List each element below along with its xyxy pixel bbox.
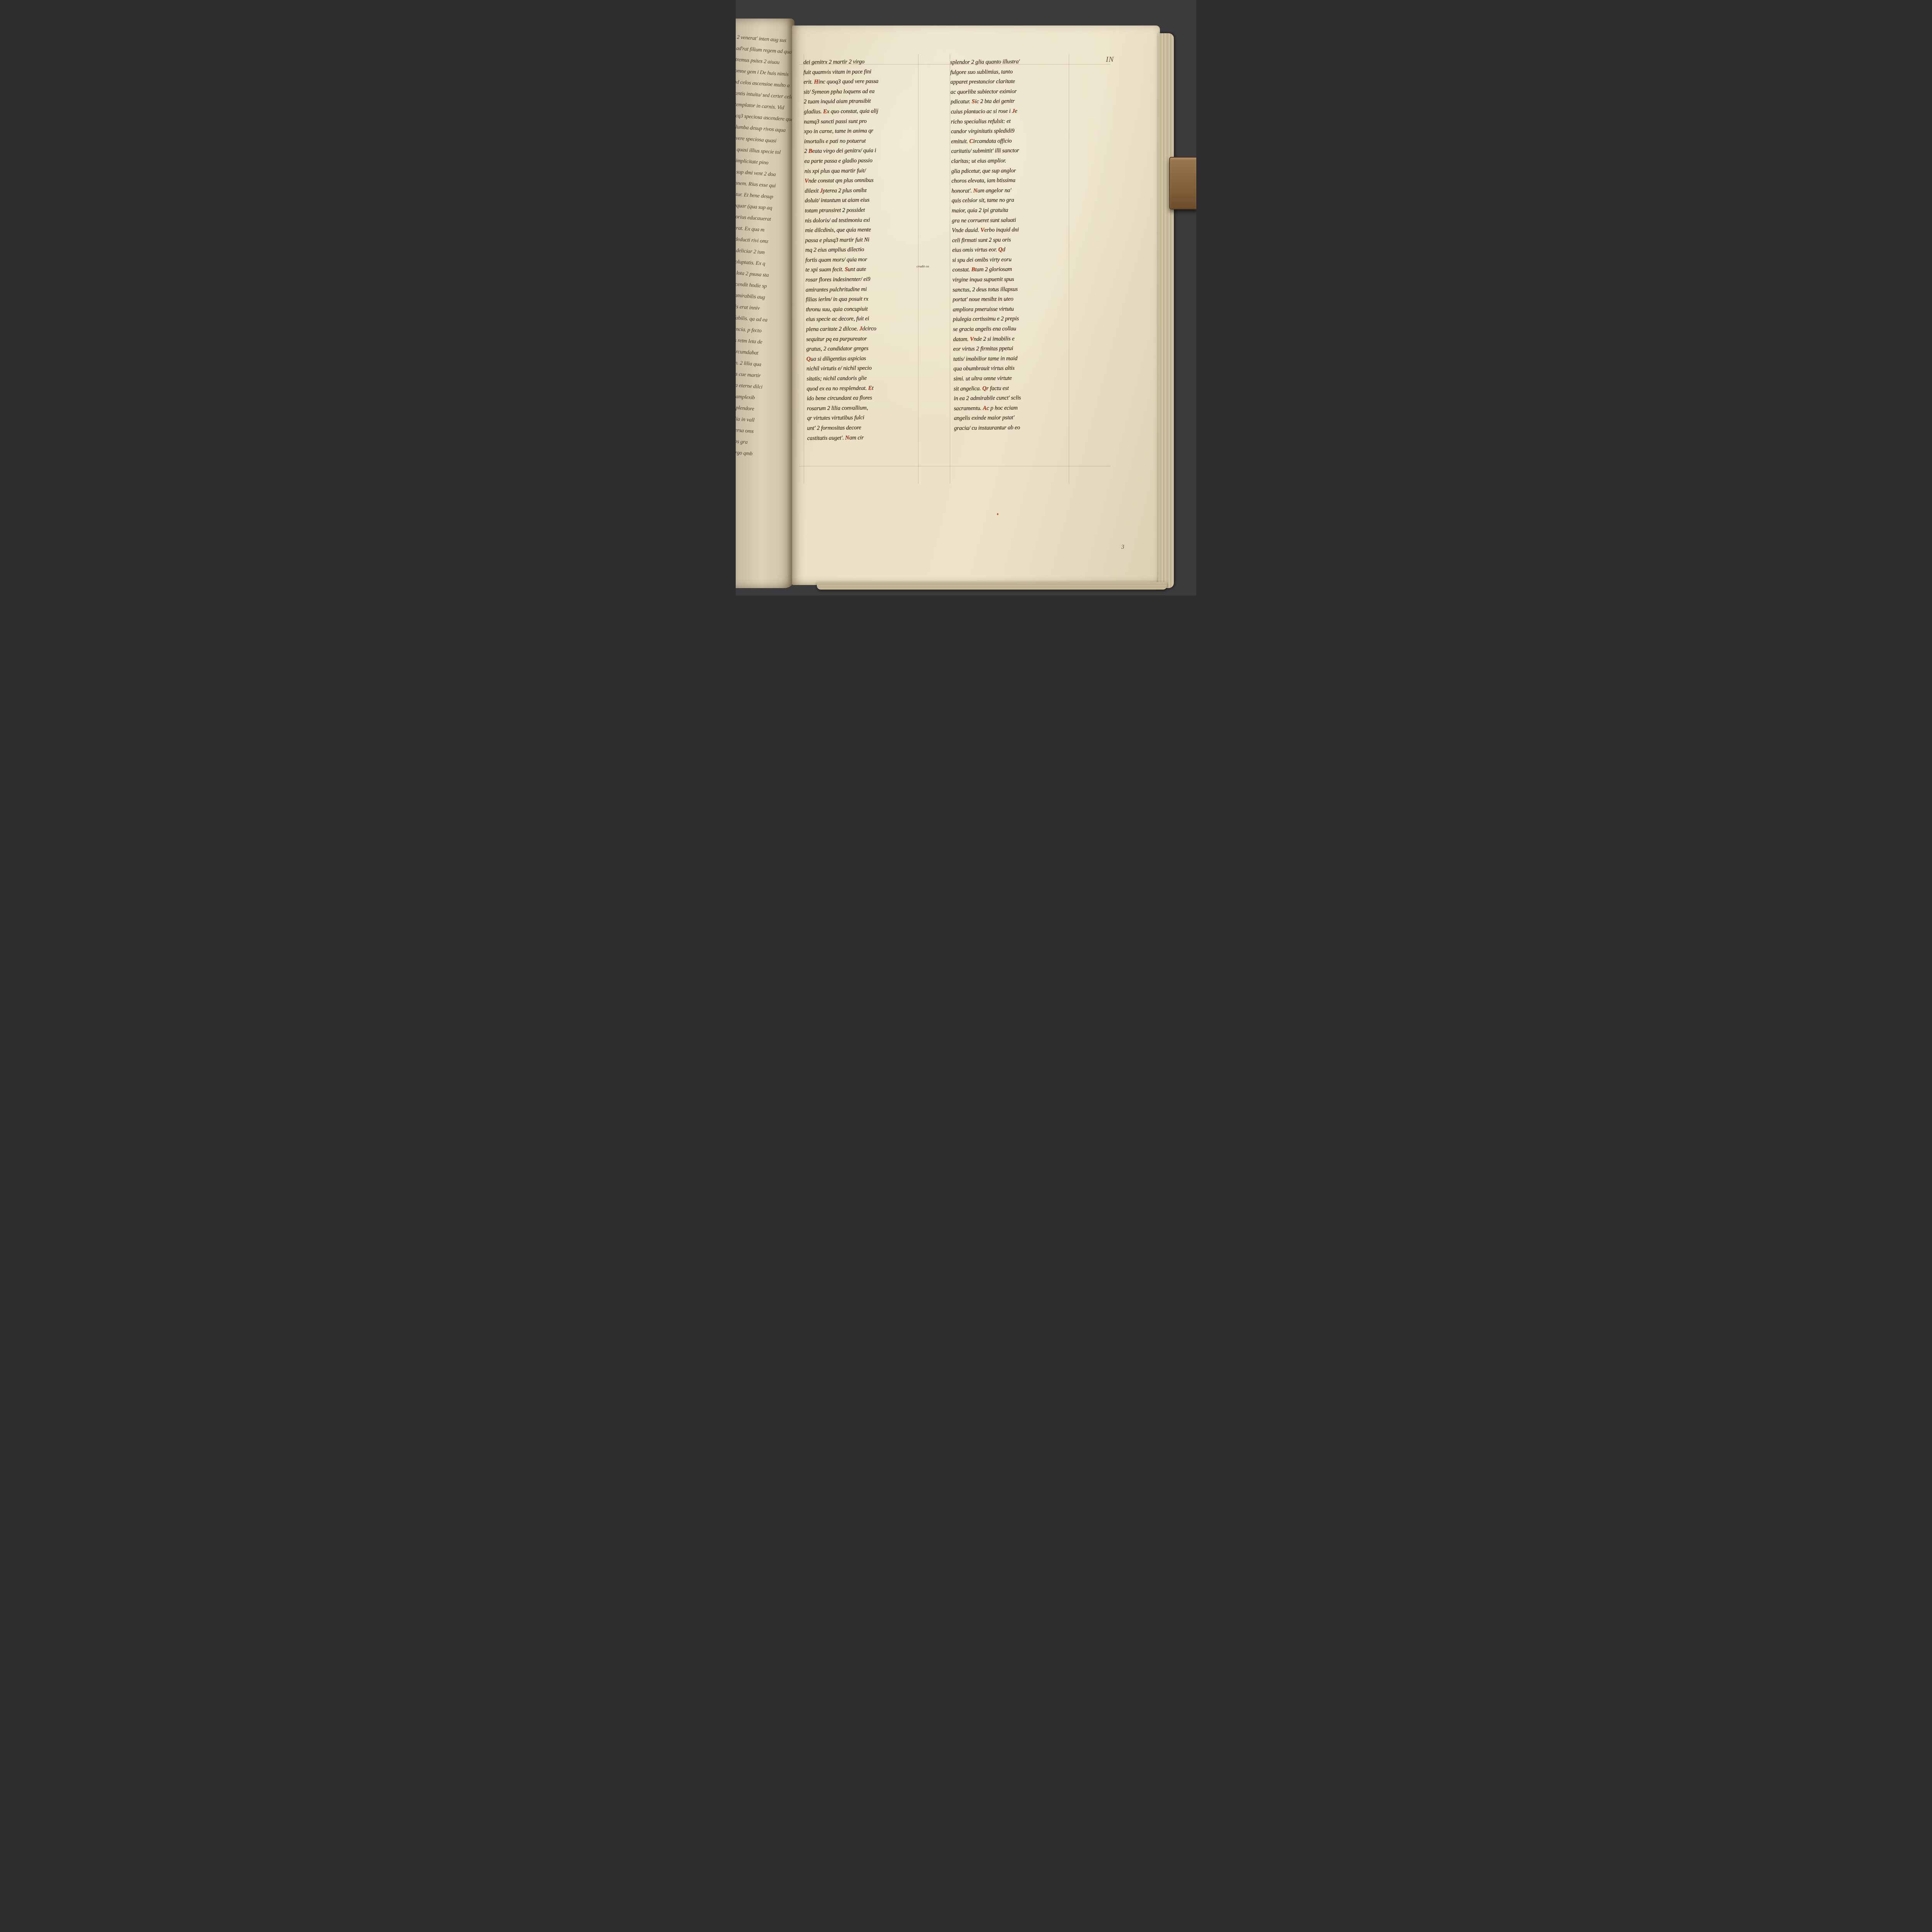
book-fore-edge [1158, 33, 1174, 588]
rubricated-initial: Q [982, 385, 986, 391]
rubricated-initial: N [845, 435, 849, 441]
manuscript-line: eius omis virtus eor. Qd [952, 245, 1069, 256]
manuscript-line: ac quorlibz subiector eximior [951, 86, 1067, 97]
manuscript-line: castitatis auget'. Nam cir [807, 432, 921, 444]
manuscript-line: in ea 2 admirabile cunct' sclis [954, 393, 1070, 404]
manuscript-line: se gracia angelis ena collau [953, 323, 1070, 335]
manuscript-line: Qua si diligentius aspicias [806, 353, 920, 364]
facing-page: 2 venerat' inten aug susad'rat filium re… [736, 19, 794, 588]
text-column-left: dei genitrx 2 martir 2 virgofuit quamvis… [803, 56, 921, 445]
manuscript-line: glia pdicetur, que sup anglor [951, 165, 1068, 177]
manuscript-line: quod ex ea no resplendeat. Et [807, 383, 920, 394]
manuscript-line: rosar flores indesinenter/ ei9 [806, 274, 919, 286]
manuscript-line: maior, quia 2 ipi gratuita [952, 205, 1068, 216]
manuscript-line: dei genitrx 2 martir 2 virgo [803, 56, 917, 68]
manuscript-line: eor virtus 2 firmitas ppetui [953, 344, 1070, 355]
rubricated-initial: A [983, 405, 986, 411]
manuscript-line: apparet prestancior claritate [950, 77, 1067, 88]
rubricated-initial: E [823, 109, 827, 115]
manuscript-line: doluit/ intantum ut aiam eius [805, 195, 918, 206]
manuscript-line: fuit quamvis vitam in pace fini [803, 66, 917, 78]
ruling-line-vertical [950, 54, 950, 484]
manuscript-line: fortis quam mors/ quia mor [805, 254, 919, 265]
rubricated-initial: Q [806, 356, 811, 362]
manuscript-line: candor virginitatis spledidi9 [951, 126, 1068, 137]
manuscript-line: nis doloris/ ad testimoniu exi [805, 215, 918, 226]
manuscript-line: amirantes pulchritudine mi [806, 284, 919, 295]
manuscript-line: ea parte passa e gladio passio [804, 155, 918, 167]
manuscript-line: si spu dei omibs virty eoru [952, 254, 1069, 265]
rubricated-initial: J [1012, 108, 1015, 114]
rubricated-initial: V [980, 227, 984, 233]
rubricated-initial: B [971, 267, 975, 273]
manuscript-line: sit angelica. Qr factu est [954, 383, 1070, 394]
manuscript-line: virgine inqua supuenit spus [952, 274, 1069, 285]
manuscript-line: mq 2 eius amplius dilectio [805, 245, 919, 256]
manuscript-line: 2 Beata virgo dei genitrx/ quia i [804, 146, 918, 157]
manuscript-line: sacramentu. Ac p hoc eciam [954, 403, 1070, 414]
manuscript-line: unt' 2 formositas decore [807, 422, 921, 434]
manuscript-line: quis celsior sit, tame no gra [952, 195, 1068, 206]
manuscript-line: cuius plantacio ac si rose i Je [951, 106, 1067, 117]
manuscript-line: sequitur pq ea purpureator [806, 333, 920, 345]
manuscript-line: xpo in carne, tame in anima qr [804, 126, 918, 137]
rubricated-initial: J [820, 188, 823, 194]
manuscript-line: constat. Btam 2 gloriosam [952, 264, 1069, 276]
manuscript-line: ido bene circundant ea flores [807, 393, 920, 404]
manuscript-line: datam. Vnde 2 si imabilis e [953, 333, 1070, 345]
rubricated-initial: N [973, 188, 978, 194]
rubricated-initial: C [969, 138, 973, 145]
manuscript-line: thronu suu, quia concupiuit [806, 304, 919, 315]
manuscript-line: filias ierlm/ in qua posuit rx [806, 294, 919, 305]
quire-signature-mark: IN [1106, 56, 1114, 64]
manuscript-line: gratus, 2 candidator greges [806, 344, 920, 355]
manuscript-line: sanctus, 2 deus totus illapsus [952, 284, 1069, 295]
manuscript-line: eius specie ac decore, fuit ei [806, 314, 920, 325]
ruling-line-horizontal [799, 466, 1111, 466]
manuscript-line: erit. Hinc quoq3 quod vere passa [803, 77, 917, 88]
leather-strap [1169, 157, 1196, 209]
rubricated-initial: S [845, 267, 848, 273]
manuscript-photo: 2 venerat' inten aug susad'rat filium re… [736, 0, 1196, 595]
manuscript-line: emituit. Circamdata officio [951, 136, 1068, 147]
red-ink-fleck [997, 513, 998, 515]
manuscript-line: claritas; ut eius amplior. [951, 155, 1068, 167]
manuscript-line: nis xpi plus qua martir fuit/ [804, 165, 918, 177]
book-bottom-edge [817, 582, 1167, 590]
folio-number: 3 [1121, 544, 1124, 551]
rubricated-initial: J [859, 326, 862, 332]
manuscript-line: gra ne corrueret sunt saluati [952, 215, 1068, 226]
marginal-note: crudit ea [917, 264, 929, 268]
manuscript-line: nichil virtutis e/ nichil specio [806, 363, 920, 374]
manuscript-line: mie dilcdinis, que quia mente [805, 225, 918, 236]
manuscript-line: 2 tuam inquid aiam ptransibit [804, 96, 917, 107]
manuscript-line: fulgore suo sublimius, tanto [950, 66, 1067, 78]
text-column-right: splendor 2 glia quanto illustra'fulgore … [950, 56, 1071, 435]
manuscript-line: piulegia certissimu e 2 prepis [953, 314, 1070, 325]
rubricated-initial: E [868, 385, 872, 391]
manuscript-line: ampliora pmeruisse virtutu [953, 304, 1070, 315]
manuscript-line: totam ptransiret 2 possidet [805, 205, 918, 216]
manuscript-line: qr virtutes virtutibus fulci [807, 413, 920, 424]
manuscript-line: rosarum 2 lilia convallium, [807, 403, 920, 414]
manuscript-line: gracia/ cu instaurantur ab eo [954, 422, 1071, 434]
recto-page: IN dei genitrx 2 martir 2 virgofuit quam… [792, 26, 1160, 585]
manuscript-line: portat' noue mesibz in uteo [952, 294, 1069, 305]
rubricated-initial: S [972, 99, 975, 105]
manuscript-line: tatis/ imabilior tame in maid [953, 353, 1070, 364]
manuscript-line: richo specialius refulsit: et [951, 116, 1068, 127]
manuscript-line: splendor 2 glia quanto illustra' [950, 56, 1067, 68]
manuscript-line: pdicatur. Sic 2 bta dei genitr [951, 96, 1067, 107]
manuscript-line: qua obumbrauit virtus altis [953, 363, 1070, 374]
rubricated-initial: H [814, 79, 818, 85]
rubricated-initial: V [804, 178, 808, 184]
manuscript-line: dilexit Jpterea 2 plus omibz [804, 185, 918, 196]
manuscript-line: namq3 sancti passi sunt pro [804, 116, 917, 127]
manuscript-line: honorat'. Nam angelor na' [951, 185, 1068, 196]
manuscript-line: imortalis e pati no potuerut [804, 136, 918, 147]
manuscript-line: caritatis/ submittit' illi sanctor [951, 146, 1068, 157]
manuscript-line: plena caritate 2 dilcoe. Jdcirco [806, 323, 920, 335]
rubricated-initial: Q [998, 247, 1002, 253]
manuscript-line: angelis exinde maior pstat' [954, 413, 1071, 424]
manuscript-line: choros elevata, iam btissima [951, 175, 1068, 187]
manuscript-line: te xpi suam fecit. Sunt aute [805, 264, 919, 276]
manuscript-line: sitatis; nichil candoris glie [806, 373, 920, 384]
manuscript-line: Vnde constat qm plus omnibus [804, 175, 918, 187]
manuscript-line: Vnde dauid. Verbo inquid dni [952, 225, 1068, 236]
manuscript-line: sit/ Symeon ppha loquens ad ea [804, 86, 917, 97]
manuscript-line: passa e plusq3 martir fuit Ni [805, 235, 919, 246]
rubricated-initial: B [808, 148, 812, 155]
manuscript-line: simi. ut ultra omne virtute [953, 373, 1070, 384]
rubricated-initial: V [970, 336, 974, 342]
manuscript-line: gladius. Ex quo constat, quia alij [804, 106, 917, 117]
manuscript-line: celi firmati sunt 2 spu oris [952, 235, 1069, 246]
